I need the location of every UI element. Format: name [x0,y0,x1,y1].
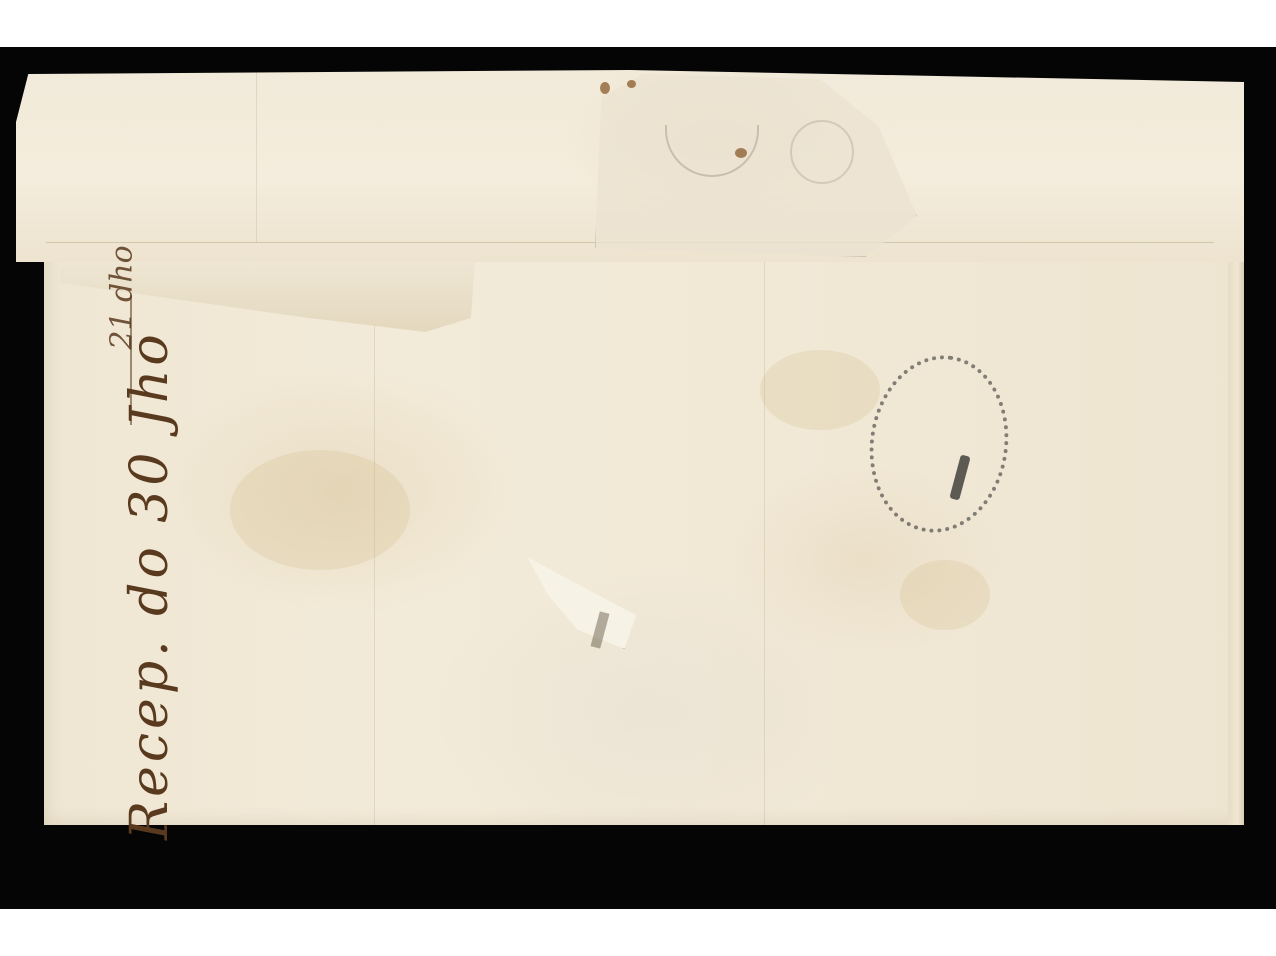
fold-crease [764,230,765,825]
seal-wax-spot [627,80,636,88]
manuscript-annotation: Recep. do 30 Jho [120,240,190,840]
seal-impression [790,120,854,184]
paper-stain [900,560,990,630]
paper-stain [760,350,880,430]
letter-body [44,230,1244,825]
flap-crease [256,62,257,242]
seal-wax-spot [735,148,747,158]
seal-wax-spot [600,82,610,94]
letter-right-fold [1228,230,1244,825]
paper-stain [230,450,410,570]
